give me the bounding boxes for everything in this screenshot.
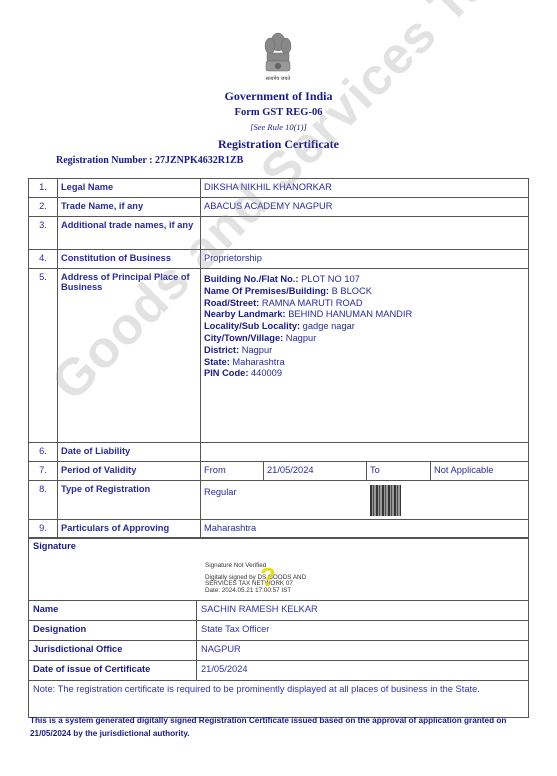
state-value: Maharashtra (230, 357, 285, 367)
form-name: Form GST REG-06 (0, 107, 557, 118)
table-row: Name SACHIN RAMESH KELKAR (29, 601, 529, 621)
road-value: RAMNA MARUTI ROAD (259, 298, 362, 308)
issue-date-label: Date of issue of Certificate (29, 661, 197, 681)
table-row: 7. Period of Validity From 21/05/2024 To… (29, 462, 529, 481)
liability-date-value (201, 443, 529, 462)
registration-type-label: Type of Registration (58, 481, 201, 520)
table-row: 5. Address of Principal Place of Busines… (29, 269, 529, 443)
address-label: Address of Principal Place of Business (58, 269, 201, 443)
qr-code-icon (370, 485, 401, 516)
row-number: 5. (29, 269, 58, 443)
validity-from-value: 21/05/2024 (264, 462, 367, 481)
district-value: Nagpur (239, 345, 272, 355)
landmark-label: Nearby Landmark: (204, 309, 286, 319)
legal-name-value: DIKSHA NIKHIL KHANORKAR (201, 179, 529, 198)
designation-label: Designation (29, 621, 197, 641)
government-heading: Government of India (0, 89, 557, 104)
locality-label: Locality/Sub Locality: (204, 321, 300, 331)
additional-trade-names-value (201, 217, 529, 250)
pin-value: 440009 (248, 368, 282, 378)
rule-reference: [See Rule 10(1)] (0, 122, 557, 132)
trade-name-label: Trade Name, if any (58, 198, 201, 217)
table-row: 8. Type of Registration Regular (29, 481, 529, 520)
signature-status: Signature Not Verified (205, 563, 306, 570)
registration-type-cell: Regular (201, 481, 529, 520)
locality-value: gadge nagar (300, 321, 355, 331)
footer-statement: This is a system generated digitally sig… (30, 715, 530, 740)
validity-from-label: From (201, 462, 264, 481)
officer-name-value: SACHIN RAMESH KELKAR (197, 601, 529, 621)
signature-label: Signature (33, 541, 76, 551)
table-row: Jurisdictional Office NAGPUR (29, 641, 529, 661)
landmark-value: BEHIND HANUMAN MANDIR (286, 309, 413, 319)
building-value: PLOT NO 107 (299, 274, 360, 284)
emblem-caption: सत्यमेव जयते (258, 76, 298, 82)
validity-label: Period of Validity (58, 462, 201, 481)
row-number: 8. (29, 481, 58, 520)
address-value: Building No./Flat No.: PLOT NO 107 Name … (201, 269, 529, 443)
table-row: 3. Additional trade names, if any (29, 217, 529, 250)
constitution-label: Constitution of Business (58, 250, 201, 269)
row-number: 7. (29, 462, 58, 481)
table-row: 2. Trade Name, if any ABACUS ACADEMY NAG… (29, 198, 529, 217)
designation-value: State Tax Officer (197, 621, 529, 641)
row-number: 6. (29, 443, 58, 462)
row-number: 4. (29, 250, 58, 269)
premises-value: B BLOCK (329, 286, 372, 296)
digital-signature-block[interactable]: Signature Not Verified Digitally signed … (205, 563, 306, 594)
premises-label: Name Of Premises/Building: (204, 286, 329, 296)
constitution-value: Proprietorship (201, 250, 529, 269)
table-row: 1. Legal Name DIKSHA NIKHIL KHANORKAR (29, 179, 529, 198)
liability-date-label: Date of Liability (58, 443, 201, 462)
registration-details-table: 1. Legal Name DIKSHA NIKHIL KHANORKAR 2.… (28, 178, 529, 539)
table-row: 9. Particulars of Approving Maharashtra (29, 520, 529, 539)
pin-label: PIN Code: (204, 368, 248, 378)
registration-type-value: Regular (204, 485, 370, 497)
officer-name-label: Name (29, 601, 197, 621)
district-label: District: (204, 345, 239, 355)
legal-name-label: Legal Name (58, 179, 201, 198)
approving-value: Maharashtra (201, 520, 529, 539)
approving-label: Particulars of Approving (58, 520, 201, 539)
table-row: 6. Date of Liability (29, 443, 529, 462)
jurisdictional-office-value: NAGPUR (197, 641, 529, 661)
table-row: 4. Constitution of Business Proprietorsh… (29, 250, 529, 269)
signature-date: Date: 2024.05.21 17:00:57 IST (205, 588, 306, 595)
registration-number: Registration Number : 27JZNPK4632R1ZB (56, 155, 243, 166)
display-note: Note: The registration certificate is re… (29, 681, 529, 718)
validity-to-label: To (367, 462, 431, 481)
issue-date-value: 21/05/2024 (197, 661, 529, 681)
building-label: Building No./Flat No.: (204, 274, 299, 284)
signature-unverified-icon: ? (260, 562, 276, 593)
additional-trade-names-label: Additional trade names, if any (58, 217, 201, 250)
trade-name-value: ABACUS ACADEMY NAGPUR (201, 198, 529, 217)
row-number: 2. (29, 198, 58, 217)
row-number: 3. (29, 217, 58, 250)
validity-to-value: Not Applicable (431, 462, 529, 481)
city-value: Nagpur (283, 333, 316, 343)
row-number: 9. (29, 520, 58, 539)
city-label: City/Town/Village: (204, 333, 283, 343)
road-label: Road/Street: (204, 298, 259, 308)
certificate-title: Registration Certificate (0, 137, 557, 152)
table-row: Note: The registration certificate is re… (29, 681, 529, 718)
state-label: State: (204, 357, 230, 367)
row-number: 1. (29, 179, 58, 198)
jurisdictional-office-label: Jurisdictional Office (29, 641, 197, 661)
table-row: Date of issue of Certificate 21/05/2024 (29, 661, 529, 681)
table-row: Designation State Tax Officer (29, 621, 529, 641)
